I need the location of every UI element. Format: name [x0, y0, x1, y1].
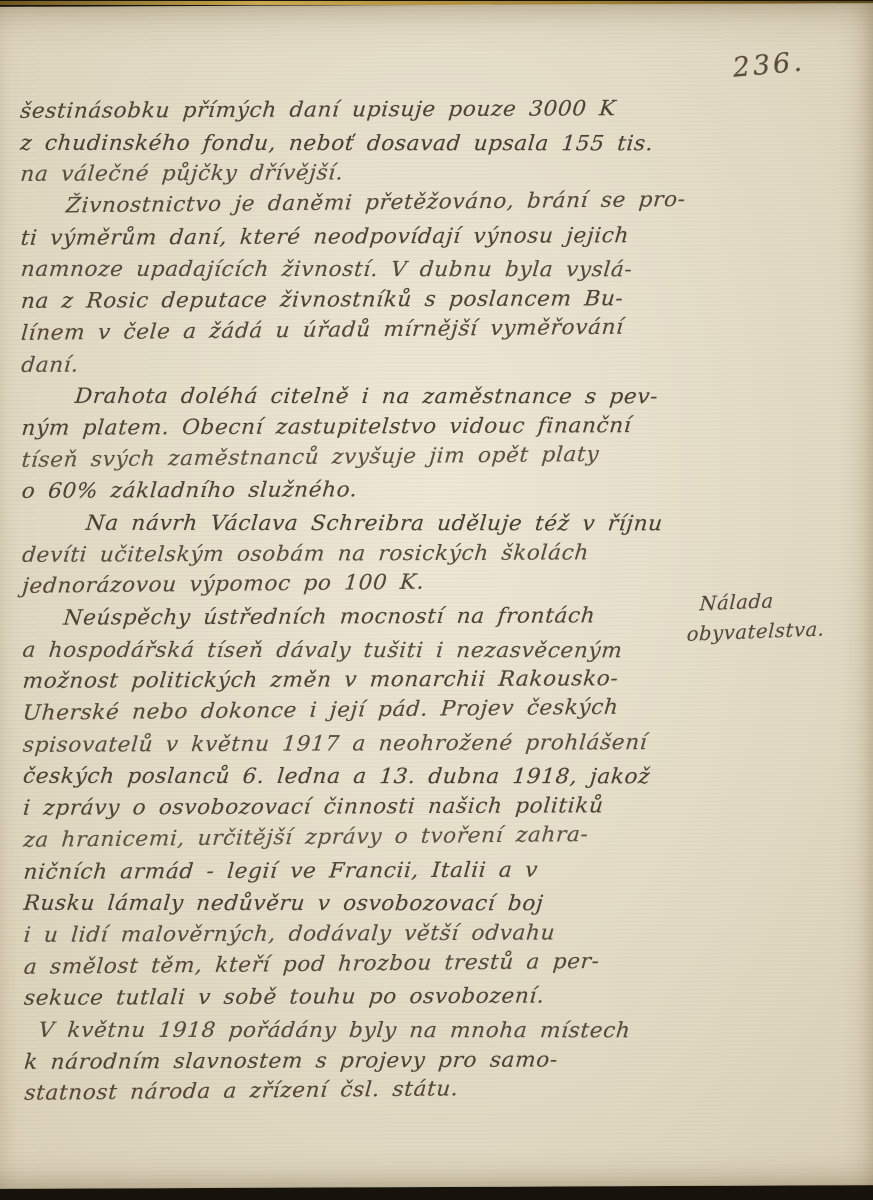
text-line: V květnu 1918 pořádány byly na mnoha mís…	[23, 1018, 736, 1050]
text-line: za hranicemi, určitější zprávy o tvoření…	[22, 820, 735, 859]
text-line: línem v čele a žádá u úřadů mírnější vym…	[20, 313, 733, 352]
manuscript-photo: { "manuscript": { "page_number": "236.",…	[0, 0, 873, 1200]
text-line: spisovatelů v květnu 1917 a neohrožené p…	[21, 729, 734, 764]
text-line: ničních armád - legií ve Francii, Italii…	[22, 856, 735, 891]
text-line: Drahota doléhá citelně i na zaměstnance …	[20, 384, 733, 416]
text-line: Neúspěchy ústředních mocností na frontác…	[21, 603, 734, 638]
text-line: ti výměrům daní, které neodpovídají výno…	[19, 222, 732, 257]
text-line: Uherské nebo dokonce i její pád. Projev …	[21, 694, 734, 733]
text-line: šestinásobku přímých daní upisuje pouze …	[19, 96, 732, 131]
text-line: daní.	[20, 349, 733, 384]
text-line: jednorázovou výpomoc po 100 K.	[21, 567, 734, 606]
text-line: o 60% základního služného.	[20, 476, 733, 511]
manuscript-page: 236. šestinásobku přímých daní upisuje p…	[0, 3, 873, 1189]
text-line: z chudinského fondu, neboť dosavad upsal…	[19, 130, 732, 162]
text-line: Rusku lámaly nedůvěru v osvobozovací boj	[22, 891, 735, 923]
text-line: a smělost těm, kteří pod hrozbou trestů …	[22, 947, 735, 986]
text-line: namnoze upadajících živností. V dubnu by…	[19, 257, 732, 289]
text-line: Na návrh Václava Schreibra uděluje též v…	[20, 511, 733, 543]
text-line: tíseň svých zaměstnanců zvyšuje jim opět…	[20, 440, 733, 479]
page-number: 236.	[731, 46, 806, 83]
text-line: sekuce tutlali v sobě touhu po osvobozen…	[22, 983, 735, 1018]
text-line: Živnostnictvo je daněmi přetěžováno, brá…	[19, 187, 732, 226]
text-line: statnost národa a zřízení čsl. státu.	[23, 1074, 736, 1113]
text-line: a hospodářská tíseň dávaly tušiti i neza…	[21, 637, 734, 669]
margin-note: Nálada obyvatelstva.	[685, 583, 857, 650]
margin-note-line: obyvatelstva.	[686, 613, 857, 650]
text-line: českých poslanců 6. ledna a 13. dubna 19…	[21, 764, 734, 796]
text-block: šestinásobku přímých daní upisuje pouze …	[20, 96, 714, 1113]
